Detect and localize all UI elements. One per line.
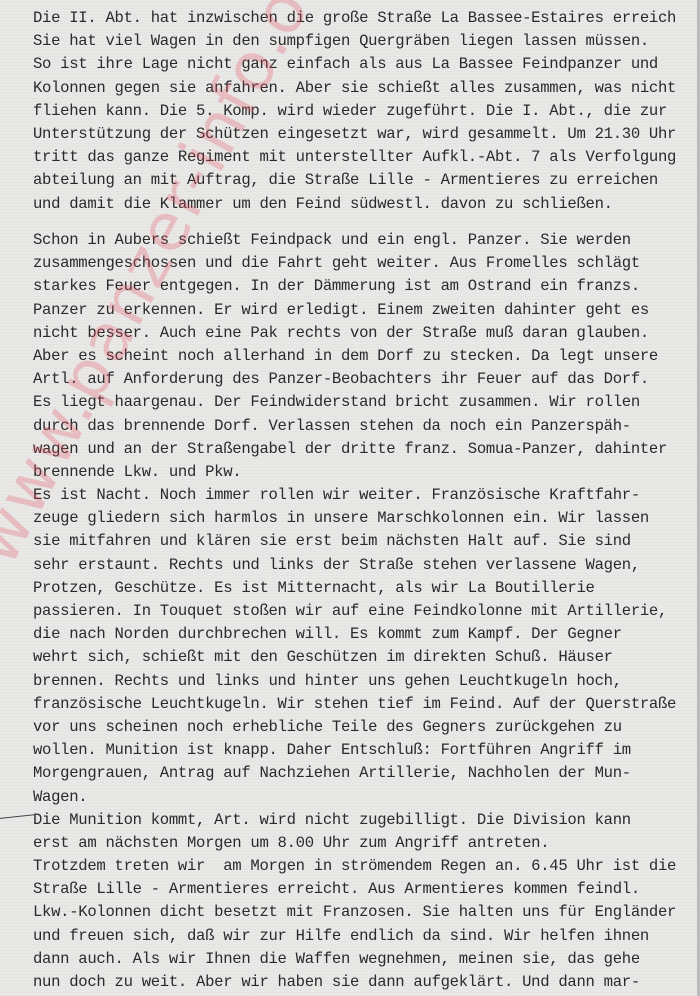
- text-line: sie mitfahren und klären sie erst beim n…: [33, 530, 676, 553]
- text-line: wehrt sich, schießt mit den Geschützen i…: [33, 646, 676, 669]
- text-line: Wagen.: [33, 786, 676, 809]
- text-line: Morgengrauen, Antrag auf Nachziehen Arti…: [33, 762, 676, 785]
- text-line: Straße Lille - Armentieres erreicht. Aus…: [33, 878, 676, 901]
- text-line: zeuge gliedern sich harmlos in unsere Ma…: [33, 507, 676, 530]
- margin-pen-mark: [0, 814, 36, 829]
- text-line: Aber es scheint noch allerhand in dem Do…: [33, 345, 676, 368]
- text-line: Protzen, Geschütze. Es ist Mitternacht, …: [33, 577, 676, 600]
- text-line: zusammengeschossen und die Fahrt geht we…: [33, 252, 676, 275]
- text-line: Trotzdem treten wir am Morgen in strömen…: [33, 855, 676, 878]
- text-line: dann auch. Als wir Ihnen die Waffen wegn…: [33, 948, 676, 971]
- text-line: erst am nächsten Morgen um 8.00 Uhr zum …: [33, 832, 676, 855]
- text-line: wagen und an der Straßengabel der dritte…: [33, 438, 676, 461]
- text-line: Unterstützung der Schützen eingesetzt wa…: [33, 123, 676, 146]
- text-line: fliehen kann. Die 5. Komp. wird wieder z…: [33, 100, 676, 123]
- text-line: starkes Feuer entgegen. In der Dämmerung…: [33, 275, 676, 298]
- text-line: Die Munition kommt, Art. wird nicht zuge…: [33, 809, 676, 832]
- text-line: wollen. Munition ist knapp. Daher Entsch…: [33, 739, 676, 762]
- text-line: durch das brennende Dorf. Verlassen steh…: [33, 415, 676, 438]
- text-line: Sie hat viel Wagen in den sumpfigen Quer…: [33, 30, 676, 53]
- text-line: brennende Lkw. und Pkw.: [33, 461, 676, 484]
- text-line: und freuen sich, daß wir zur Hilfe endli…: [33, 925, 676, 948]
- paragraph-1: Die II. Abt. hat inzwischen die große St…: [33, 7, 676, 216]
- text-line: und damit die Klammer um den Feind südwe…: [33, 193, 676, 216]
- text-line: vor uns scheinen noch erhebliche Teile d…: [33, 716, 676, 739]
- text-line: brennen. Rechts und links und hinter uns…: [33, 670, 676, 693]
- text-line: französische Leuchtkugeln. Wir stehen ti…: [33, 693, 676, 716]
- text-line: Kolonnen gegen sie anfahren. Aber sie sc…: [33, 77, 676, 100]
- text-line: abteilung an mit Auftrag, die Straße Lil…: [33, 169, 676, 192]
- text-line: Die II. Abt. hat inzwischen die große St…: [33, 7, 676, 30]
- paragraph-2: Schon in Aubers schießt Feindpack und ei…: [33, 229, 676, 994]
- text-line: Schon in Aubers schießt Feindpack und ei…: [33, 229, 676, 252]
- text-line: Lkw.-Kolonnen dicht besetzt mit Franzose…: [33, 901, 676, 924]
- text-line: So ist ihre Lage nicht ganz einfach als …: [33, 53, 676, 76]
- text-line: nicht besser. Auch eine Pak rechts von d…: [33, 322, 676, 345]
- text-line: nun doch zu weit. Aber wir haben sie dan…: [33, 971, 676, 994]
- text-line: die nach Norden durchbrechen will. Es ko…: [33, 623, 676, 646]
- text-line: Panzer zu erkennen. Er wird erledigt. Ei…: [33, 299, 676, 322]
- text-line: Es ist Nacht. Noch immer rollen wir weit…: [33, 484, 676, 507]
- text-line: Artl. auf Anforderung des Panzer-Beobach…: [33, 368, 676, 391]
- text-line: tritt das ganze Regiment mit unterstellt…: [33, 146, 676, 169]
- typewritten-page: Die II. Abt. hat inzwischen die große St…: [0, 0, 700, 996]
- text-line: passieren. In Touquet stoßen wir auf ein…: [33, 600, 676, 623]
- text-line: sehr erstaunt. Rechts und links der Stra…: [33, 554, 676, 577]
- text-line: Es liegt haargenau. Der Feindwiderstand …: [33, 391, 676, 414]
